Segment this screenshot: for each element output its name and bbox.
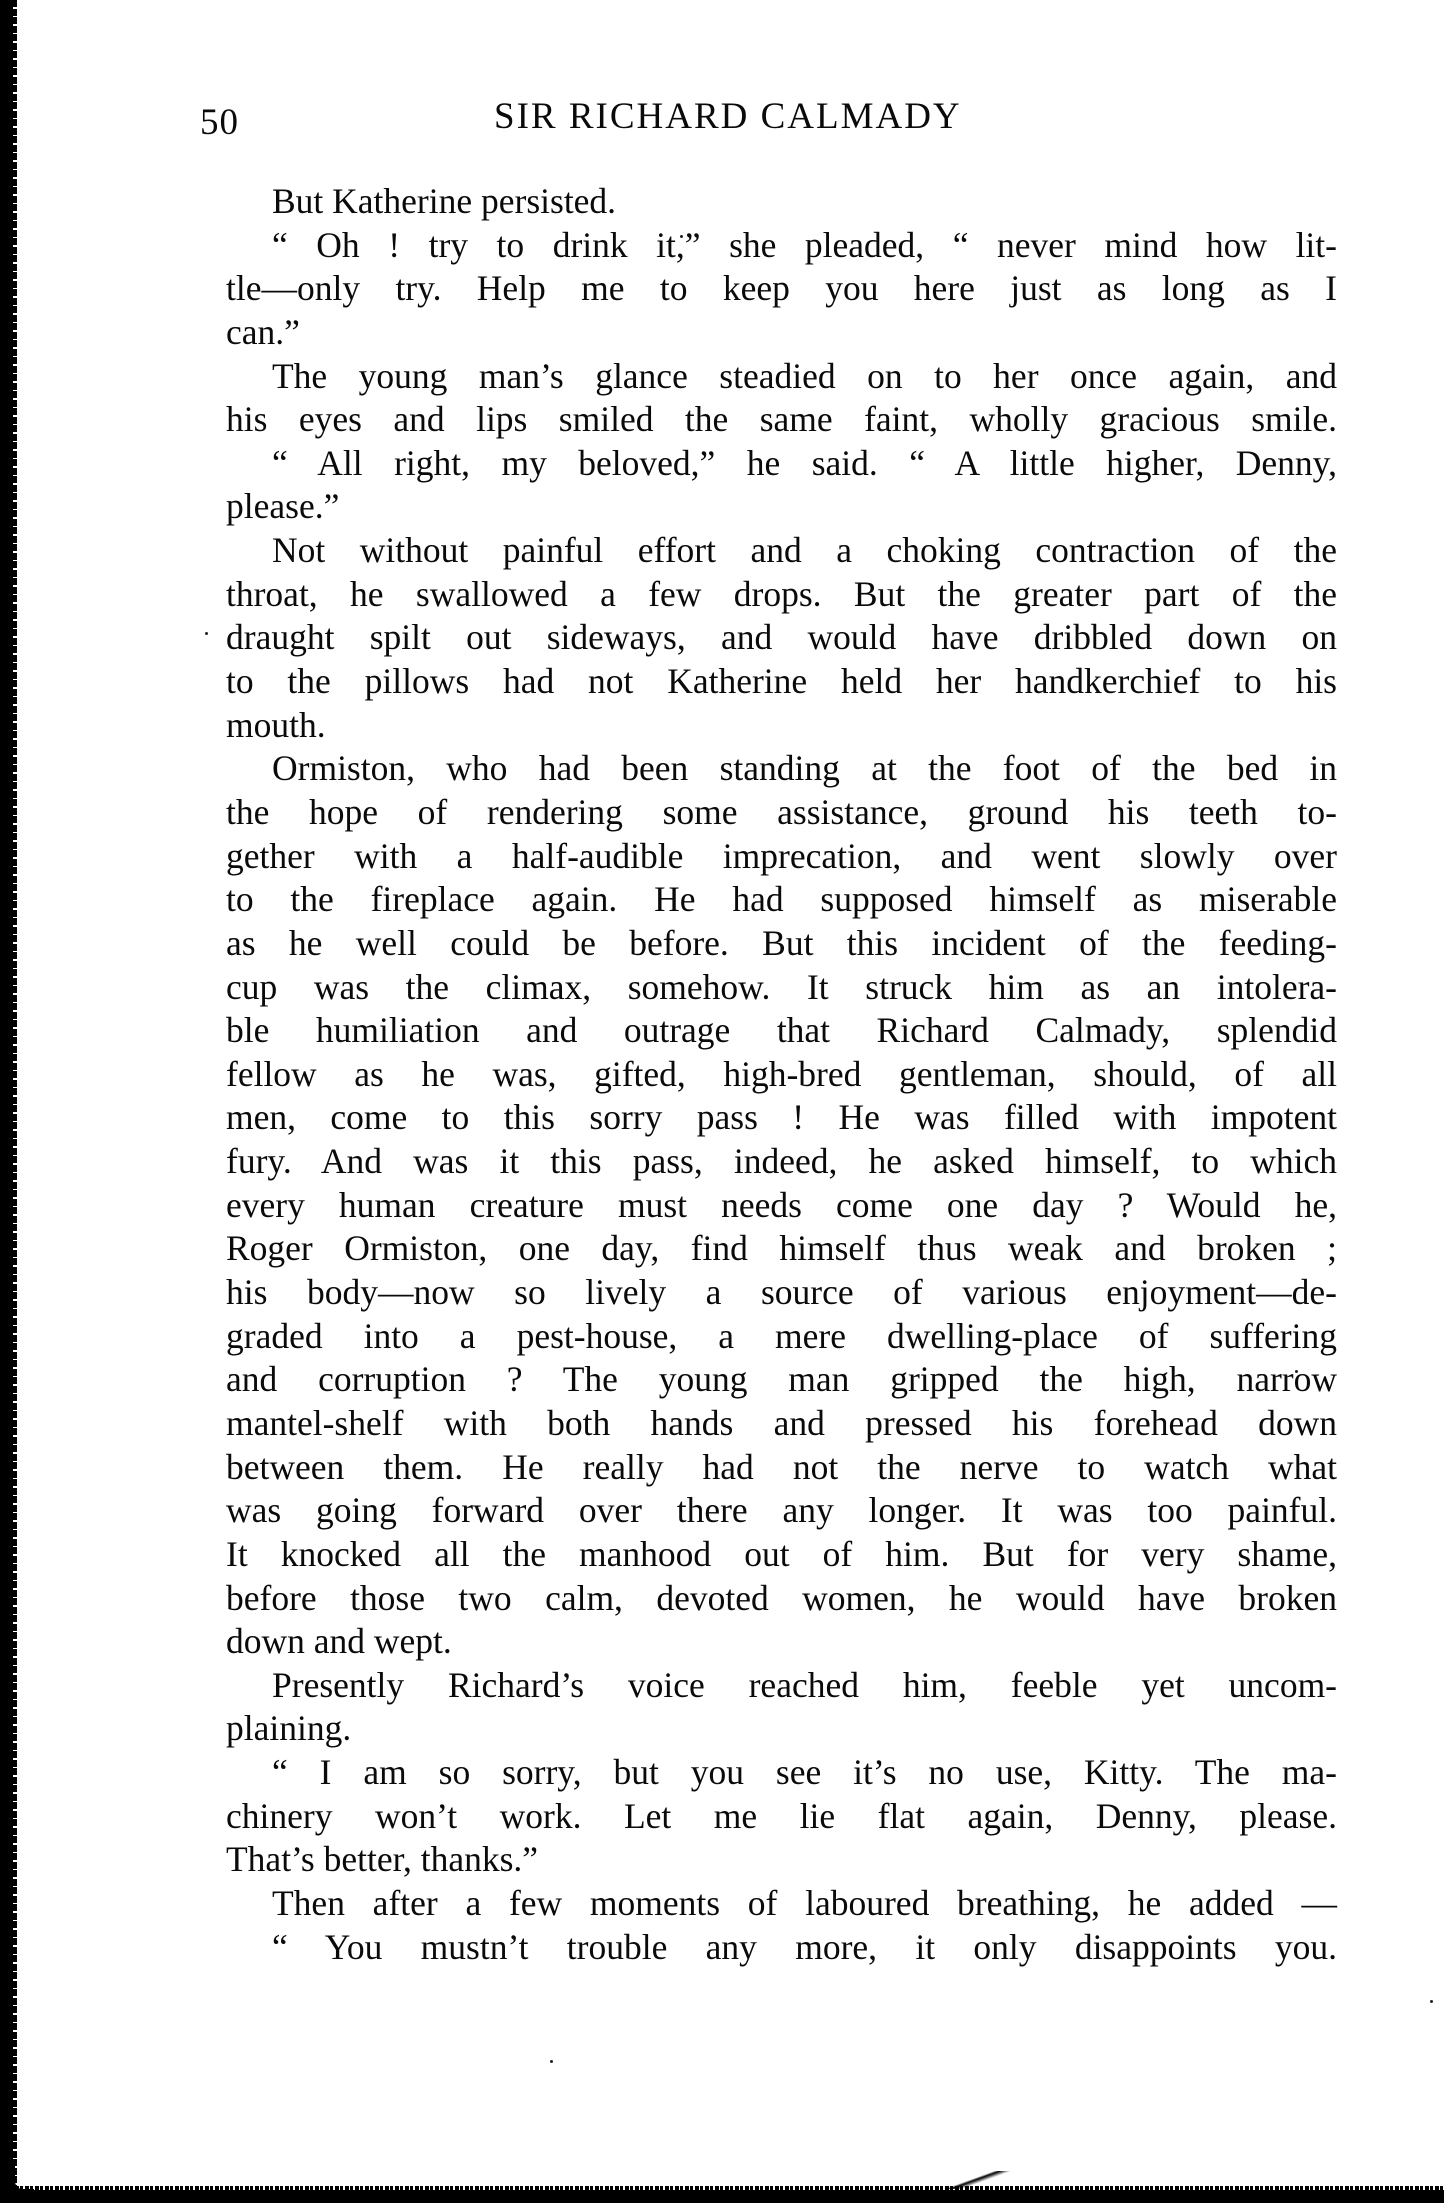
scan-speck <box>205 632 208 635</box>
scan-artifact-mark <box>940 2171 1010 2189</box>
text-line: tle—only try. Help me to keep you here j… <box>226 267 1337 311</box>
text-line: down and wept. <box>226 1620 1337 1664</box>
text-line: “ All right, my beloved,” he said. “ A l… <box>226 442 1337 486</box>
text-line: “ You mustn’t trouble any more, it only … <box>226 1926 1337 1970</box>
text-line: to the pillows had not Katherine held he… <box>226 660 1337 704</box>
text-line: ble humiliation and outrage that Richard… <box>226 1009 1337 1053</box>
text-line: It knocked all the manhood out of him. B… <box>226 1533 1337 1577</box>
text-line: fury. And was it this pass, indeed, he a… <box>226 1140 1337 1184</box>
text-line: men, come to this sorry pass ! He was fi… <box>226 1096 1337 1140</box>
text-line: throat, he swallowed a few drops. But th… <box>226 573 1337 617</box>
text-line: every human creature must needs come one… <box>226 1184 1337 1228</box>
running-head: 50 SIR RICHARD CALMADY <box>200 95 1340 145</box>
text-line: gether with a half-audible imprecation, … <box>226 835 1337 879</box>
text-line: his eyes and lips smiled the same faint,… <box>226 398 1337 442</box>
page-bottom-border-texture <box>0 2186 1444 2190</box>
scan-speck <box>1295 1370 1298 1373</box>
text-line: fellow as he was, gifted, high-bred gent… <box>226 1053 1337 1097</box>
text-line: mantel-shelf with both hands and pressed… <box>226 1402 1337 1446</box>
page-left-border-texture <box>13 0 17 2195</box>
text-line: But Katherine persisted. <box>226 180 1337 224</box>
text-line: please.” <box>226 485 1337 529</box>
text-line: graded into a pest-house, a mere dwellin… <box>226 1315 1337 1359</box>
text-line: mouth. <box>226 704 1337 748</box>
text-line: his body—now so lively a source of vario… <box>226 1271 1337 1315</box>
text-line: the hope of rendering some assistance, g… <box>226 791 1337 835</box>
text-line: “ Oh ! try to drink it,” she pleaded, “ … <box>226 224 1337 268</box>
page-bottom-border-shadow <box>0 2189 1444 2203</box>
text-line: Roger Ormiston, one day, find himself th… <box>226 1227 1337 1271</box>
scan-speck <box>680 235 683 238</box>
text-line: That’s better, thanks.” <box>226 1838 1337 1882</box>
text-line: can.” <box>226 311 1337 355</box>
text-line: cup was the climax, somehow. It struck h… <box>226 966 1337 1010</box>
text-line: “ I am so sorry, but you see it’s no use… <box>226 1751 1337 1795</box>
text-line: chinery won’t work. Let me lie flat agai… <box>226 1795 1337 1839</box>
text-line: as he well could be before. But this inc… <box>226 922 1337 966</box>
body-text: But Katherine persisted.“ Oh ! try to dr… <box>226 180 1337 1969</box>
text-line: Then after a few moments of laboured bre… <box>226 1882 1337 1926</box>
text-line: draught spilt out sideways, and would ha… <box>226 616 1337 660</box>
text-line: was going forward over there any longer.… <box>226 1489 1337 1533</box>
page-number: 50 <box>200 101 239 144</box>
text-line: and corruption ? The young man gripped t… <box>226 1358 1337 1402</box>
text-line: before those two calm, devoted women, he… <box>226 1577 1337 1621</box>
text-line: Not without painful effort and a choking… <box>226 529 1337 573</box>
text-line: between them. He really had not the nerv… <box>226 1446 1337 1490</box>
scan-speck <box>1430 2000 1433 2003</box>
text-line: plaining. <box>226 1707 1337 1751</box>
book-title: SIR RICHARD CALMADY <box>494 95 962 138</box>
book-page: 50 SIR RICHARD CALMADY But Katherine per… <box>0 0 1444 2203</box>
text-line: The young man’s glance steadied on to he… <box>226 355 1337 399</box>
scan-speck <box>550 2060 553 2063</box>
text-line: to the fireplace again. He had supposed … <box>226 878 1337 922</box>
text-line: Presently Richard’s voice reached him, f… <box>226 1664 1337 1708</box>
text-line: Ormiston, who had been standing at the f… <box>226 747 1337 791</box>
